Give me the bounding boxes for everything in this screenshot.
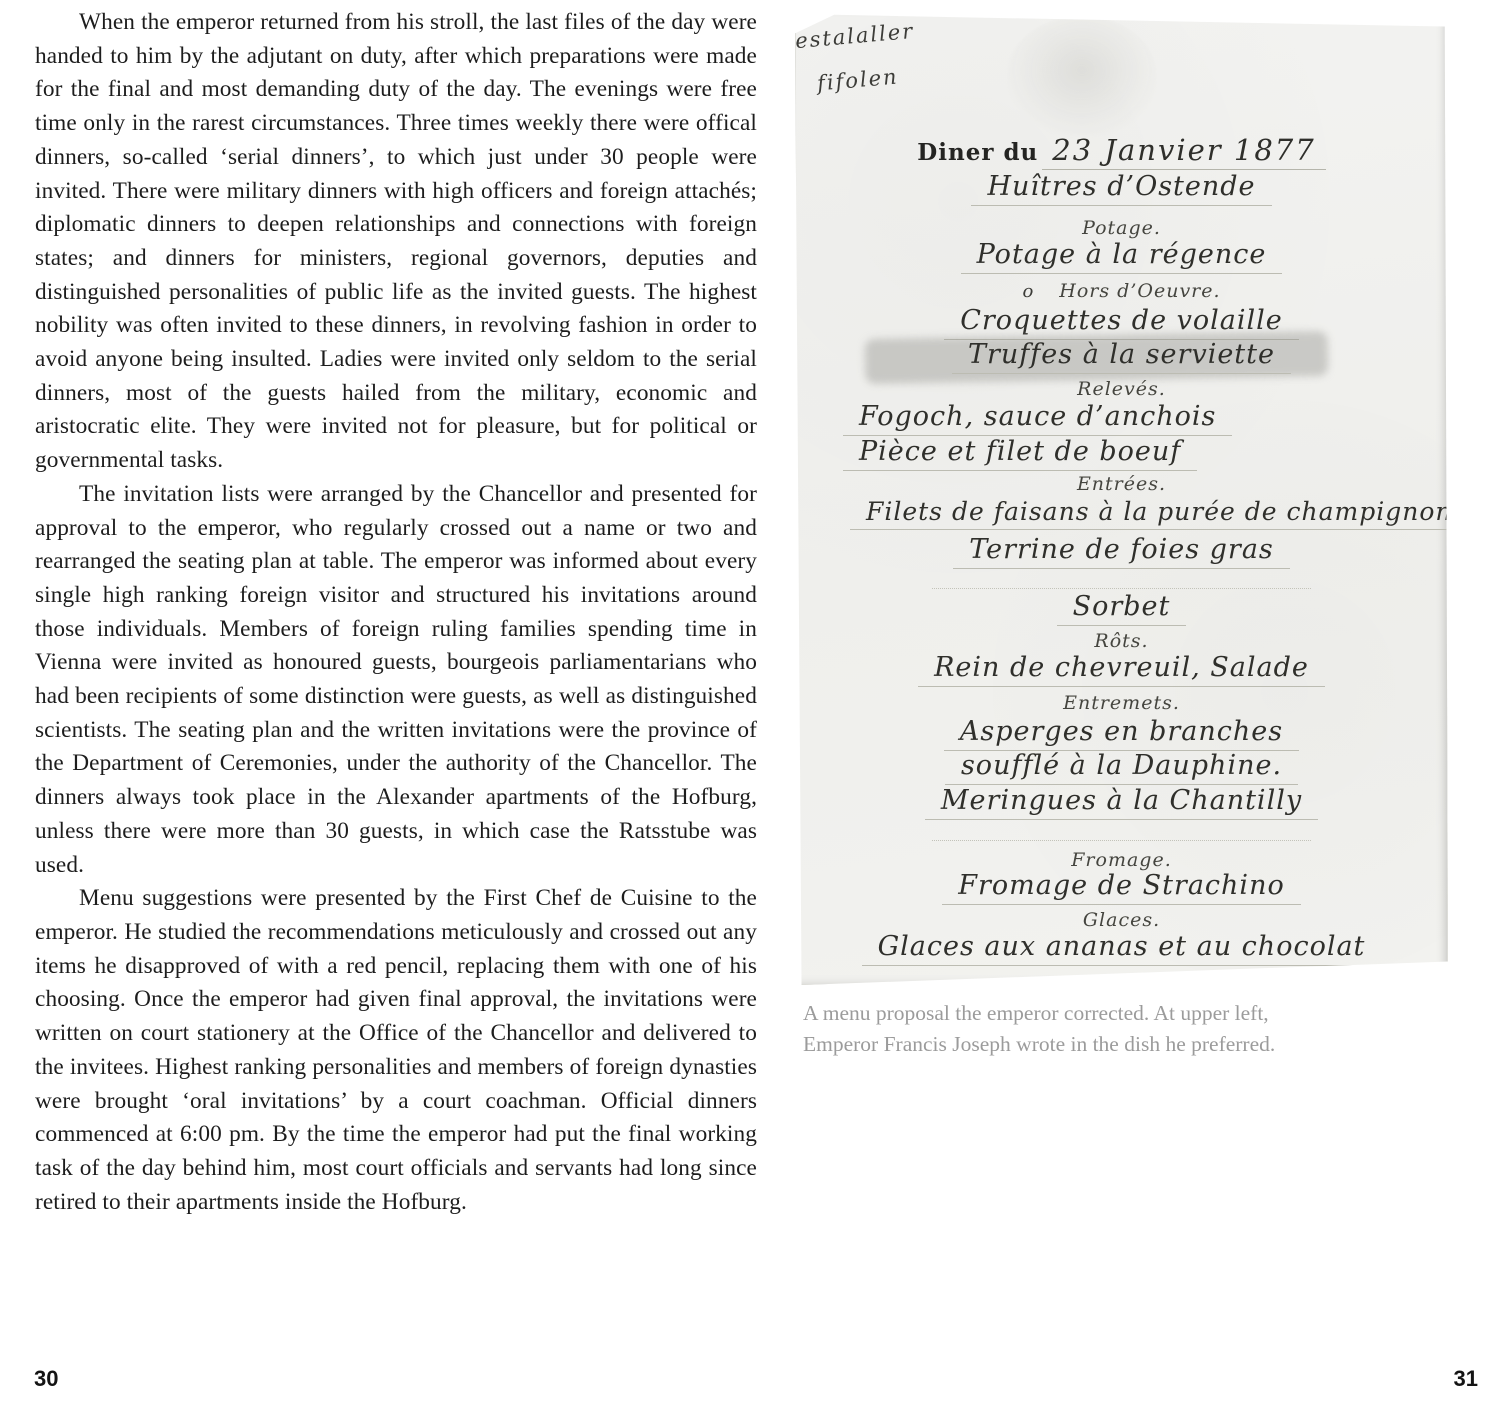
menu-dish: Terrine de foies gras: [795, 534, 1448, 569]
menu-section-heading: oHors d’Oeuvre.: [795, 280, 1448, 302]
ruled-line: [795, 828, 1448, 846]
menu-dish: Fogoch, sauce d’anchois: [795, 401, 1448, 436]
menu-dish: Potage à la régence: [795, 239, 1448, 274]
menu-section-heading: Entremets.: [795, 692, 1448, 714]
menu-section-heading: Glaces.: [795, 909, 1448, 931]
embossed-crest: [1007, 16, 1157, 136]
menu-photograph: estalaller fifolen Diner du 23 Janvier 1…: [795, 6, 1448, 985]
body-paragraph-3: Menu suggestions were presented by the F…: [35, 882, 757, 1219]
menu-dish: Meringues à la Chantilly: [795, 785, 1448, 820]
figure-caption: A menu proposal the emperor corrected. A…: [803, 998, 1443, 1060]
menu-dish: Huîtres d’Ostende: [795, 171, 1448, 206]
menu-section-heading: Potage.: [795, 217, 1448, 239]
menu-dish: Rein de chevreuil, Salade: [795, 652, 1448, 687]
menu-dish: Pièce et filet de boeuf: [795, 436, 1448, 471]
menu-section-heading: Rôts.: [795, 630, 1448, 652]
body-text-column: When the emperor returned from his strol…: [35, 6, 757, 1219]
menu-dish: Fromage de Strachino: [795, 870, 1448, 905]
menu-section-heading: Entrées.: [795, 473, 1448, 495]
menu-dish: Filets de faisans à la purée de champign…: [795, 497, 1448, 530]
menu-section-heading: Relevés.: [795, 378, 1448, 400]
menu-title-date: 23 Janvier 1877: [1042, 133, 1325, 170]
menu-dish: Glaces aux ananas et au chocolat: [795, 931, 1448, 966]
menu-title: Diner du 23 Janvier 1877: [795, 133, 1448, 167]
page-number-right: 31: [1454, 1366, 1478, 1392]
emperor-note-line2: fifolen: [816, 64, 899, 95]
body-paragraph-1: When the emperor returned from his strol…: [35, 6, 757, 478]
figure-caption-line2: Emperor Francis Joseph wrote in the dish…: [803, 1029, 1443, 1060]
figure-caption-line1: A menu proposal the emperor corrected. A…: [803, 998, 1443, 1029]
menu-dish: Sorbet: [795, 591, 1448, 626]
menu-dish-crossed-out: Truffes à la serviette: [795, 339, 1448, 374]
menu-section-heading: Fromage.: [795, 849, 1448, 871]
menu-dish: Asperges en branches: [795, 716, 1448, 751]
pencil-mark: o: [1022, 281, 1033, 302]
menu-title-printed: Diner du: [917, 139, 1038, 166]
emperor-note-line1: estalaller: [794, 19, 915, 53]
page-number-left: 30: [34, 1366, 58, 1392]
menu-dish: soufflé à la Dauphine.: [795, 750, 1448, 785]
body-paragraph-2: The invitation lists were arranged by th…: [35, 478, 757, 882]
